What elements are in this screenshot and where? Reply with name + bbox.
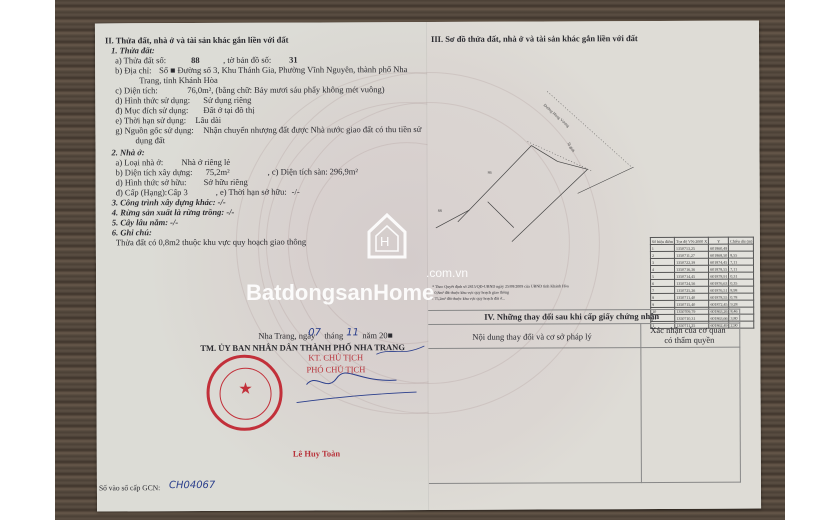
purpose-label: đ) Mục đích sử dụng:	[115, 105, 188, 115]
signer-name: Lê Huy Toàn	[293, 448, 340, 458]
coord-cell: 601872,45	[709, 300, 729, 307]
grade-label: đ) Cấp (Hạng):	[116, 187, 168, 197]
changes-col1-header: Nội dung thay đổi và cơ sở pháp lý	[472, 331, 592, 342]
parcel-no-label: a) Thửa đất số:	[115, 55, 166, 65]
official-red-stamp: ★	[206, 355, 282, 431]
changes-title: IV. Những thay đổi sau khi cấp giấy chứn…	[484, 311, 659, 322]
other-works: 3. Công trình xây dựng khác: -/-	[112, 197, 226, 207]
svg-text:Đường Hùng Vương: Đường Hùng Vương	[543, 103, 571, 129]
watermark-domain: .com.vn	[426, 266, 468, 280]
svg-text:lộ giới: lộ giới	[567, 141, 577, 153]
coord-cell: 601876,63	[709, 279, 729, 286]
logo-letter: H	[380, 234, 389, 249]
section-ii-title: II. Thửa đất, nhà ở và tài sản khác gắn …	[105, 35, 289, 46]
ownership: Sở hữu riêng	[204, 177, 248, 187]
registry-label: Số vào sổ cấp GCN:	[99, 483, 160, 493]
map-sheet: 31	[289, 55, 298, 65]
parcel-diagram: Đường Hùng Vương lộ giới 86 88	[427, 61, 760, 262]
address-line1: Số ■ Đường số 3, Khu Thánh Gia, Phường V…	[159, 64, 407, 75]
changes-section: IV. Những thay đổi sau khi cấp giấy chứn…	[428, 309, 741, 484]
changes-col2-header-line1: Xác nhận của cơ quan	[650, 325, 725, 335]
built-area-label: b) Diện tích xây dựng:	[116, 167, 193, 177]
divider	[428, 347, 740, 349]
land-heading: 1. Thửa đất:	[111, 45, 155, 55]
right-page: III. Sơ đồ thửa đất, nhà ở và tài sản kh…	[427, 21, 761, 510]
coord-cell: 601860,49	[709, 244, 729, 251]
changes-col2-header-line2: có thẩm quyền	[664, 335, 714, 345]
coord-cell: 601874,45	[709, 258, 729, 265]
watermark-brand: BatdongsanHome	[246, 280, 434, 306]
area-label: c) Diện tích:	[115, 85, 158, 95]
built-area: 75,2m²	[206, 167, 230, 177]
parcel-no: 88	[191, 55, 200, 65]
notes-heading: 6. Ghi chú:	[112, 227, 152, 237]
term: Lâu dài	[195, 115, 221, 125]
svg-text:88: 88	[438, 208, 442, 213]
purpose: Đất ở tại đô thị	[203, 105, 254, 115]
origin-line2: dụng đất	[135, 135, 165, 145]
house-type: Nhà ở riêng lẻ	[182, 157, 231, 167]
registry-number: CH04067	[169, 481, 215, 491]
use-form-label: d) Hình thức sử dụng:	[115, 95, 190, 105]
diagram-note-3: - 75,2m² đất thuộc khu vực quy hoạch đất…	[432, 296, 505, 301]
section-iii-title: III. Sơ đồ thửa đất, nhà ở và tài sản kh…	[431, 33, 638, 44]
map-sheet-label: , tờ bản đồ số:	[223, 55, 271, 65]
coord-cell: 601876,51	[709, 286, 729, 293]
address-line2: Trang, tỉnh Khánh Hòa	[139, 75, 218, 85]
diagram-note-2: - 0,8m² đất thuộc khu vực quy hoạch giao…	[432, 290, 509, 295]
coord-cell: 601878,55	[709, 293, 729, 300]
coord-cell: 601868,50	[709, 251, 729, 258]
stamp-emblem: ★	[219, 368, 271, 420]
forest: 4. Rừng sản xuất là rừng trồng: -/-	[112, 207, 235, 218]
house-heading: 2. Nhà ở:	[111, 147, 144, 157]
perennial: 5. Cây lâu năm: -/-	[112, 217, 178, 227]
ownership-label: d) Hình thức sở hữu:	[116, 177, 187, 187]
term-label: e) Thời hạn sử dụng:	[115, 115, 186, 125]
use-form: Sử dụng riêng	[203, 95, 251, 105]
svg-text:86: 86	[488, 170, 492, 175]
address-label: b) Địa chỉ:	[115, 65, 151, 75]
coord-cell: 601878,55	[709, 265, 729, 272]
coord-cell: 601878,91	[709, 272, 729, 279]
origin-label: g) Nguồn gốc sử dụng:	[115, 125, 193, 135]
house-type-label: a) Loại nhà ở:	[116, 157, 164, 167]
grade: Cấp 3	[168, 187, 188, 197]
diagram-note-1: * Theo Quyết định số 2815/QĐ-UBND ngày 2…	[432, 283, 569, 289]
star-icon: ★	[220, 379, 270, 399]
